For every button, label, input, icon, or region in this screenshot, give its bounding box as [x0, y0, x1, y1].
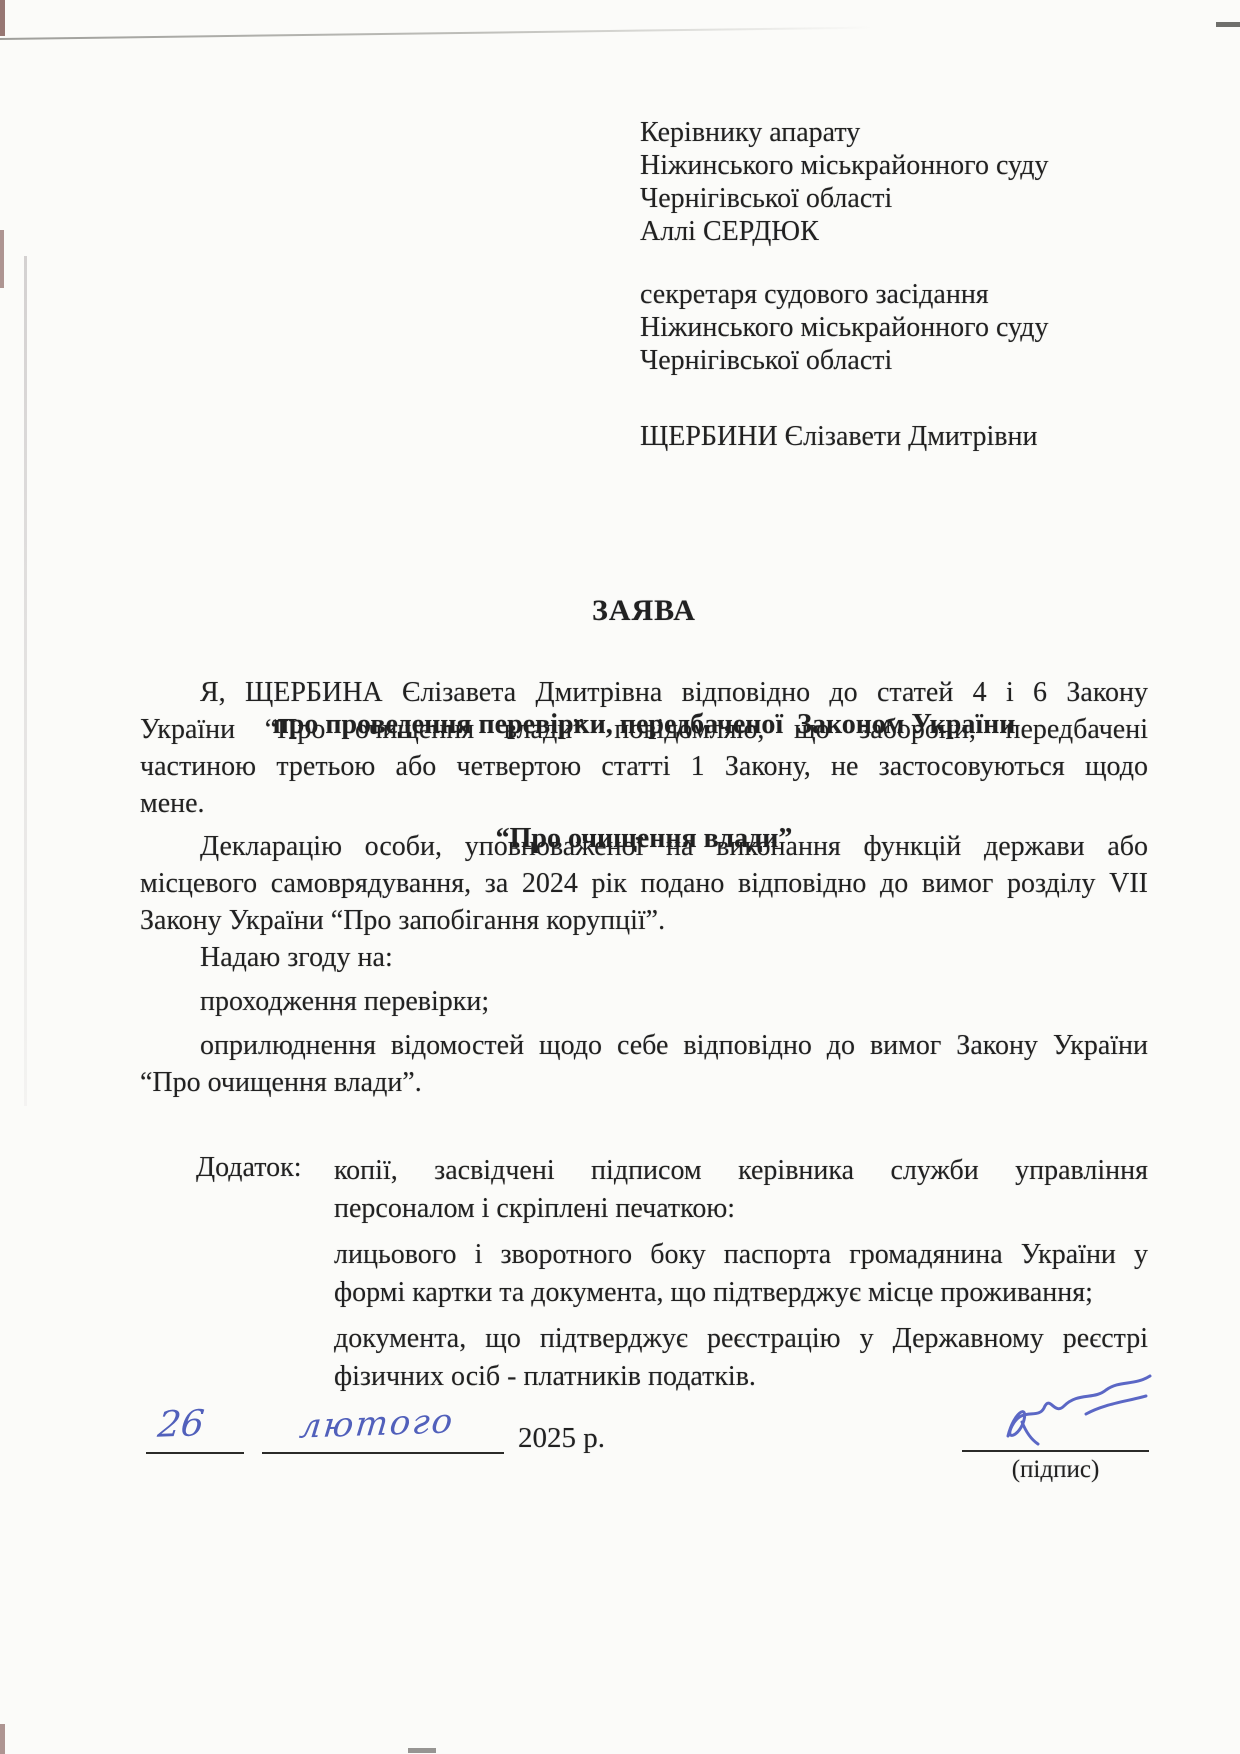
date-day-underline — [146, 1452, 244, 1454]
applicant-position-line: Ніжинського міськрайонного суду — [640, 311, 1049, 344]
paragraph-line: Закону України “Про запобігання корупції… — [140, 902, 1148, 939]
consent-intro: Надаю згоду на: — [140, 939, 1148, 976]
paragraph-line: проходження перевірки; — [140, 983, 1148, 1020]
paragraph-line: України “Про очищення влади” повідомляю,… — [140, 711, 1148, 748]
paper-crease — [24, 256, 27, 1106]
consent-item-publication: оприлюднення відомостей щодо себе відпов… — [140, 1027, 1148, 1101]
date-day-handwritten: 26 — [156, 1403, 206, 1446]
paragraph-line: “Про очищення влади”. — [140, 1064, 1148, 1101]
signature-scribble — [992, 1370, 1160, 1448]
scan-edge-line — [0, 27, 872, 40]
consent-item-check: проходження перевірки; — [140, 983, 1148, 1020]
applicant-position-line: секретаря судового засідання — [640, 278, 1049, 311]
applicant-name: ЩЕРБИНИ Єлізавети Дмитрівни — [640, 420, 1049, 453]
attachment-label: Додаток: — [196, 1152, 302, 1184]
paragraph-line: Я, ЩЕРБИНА Єлізавета Дмитрівна відповідн… — [140, 674, 1148, 711]
paragraph-line: частиною третьою або четвертою статті 1 … — [140, 748, 1148, 785]
attachment-item-line: лицьового і зворотного боку паспорта гро… — [334, 1236, 1148, 1274]
signature-caption: (підпис) — [962, 1456, 1149, 1484]
paragraph-line: Надаю згоду на: — [140, 939, 1148, 976]
attachment-item-line: персоналом і скріплені печаткою: — [334, 1190, 1148, 1228]
date-year: 2025 р. — [518, 1422, 605, 1455]
attachment-item-line: документа, що підтверджує реєстрацію у Д… — [334, 1320, 1148, 1358]
paragraph-declaration: Декларацію особи, уповноваженої на викон… — [140, 828, 1148, 939]
scan-edge-mark — [1216, 22, 1240, 27]
recipient-line: Чернігівської області — [640, 182, 1049, 215]
signature-underline — [962, 1450, 1149, 1452]
paragraph-statement: Я, ЩЕРБИНА Єлізавета Дмитрівна відповідн… — [140, 674, 1148, 822]
recipient-line: Керівнику апарату — [640, 116, 1049, 149]
scan-edge-mark — [408, 1748, 436, 1753]
document-title: ЗАЯВА — [140, 592, 1148, 630]
scan-edge-mark — [0, 230, 4, 288]
paragraph-line: мене. — [140, 785, 1148, 822]
scan-edge-mark — [0, 0, 5, 36]
paragraph-line: Декларацію особи, уповноваженої на викон… — [140, 828, 1148, 865]
paragraph-line: оприлюднення відомостей щодо себе відпов… — [140, 1027, 1148, 1064]
scanned-application-page: Керівнику апарату Ніжинського міськрайон… — [0, 0, 1240, 1754]
attachment-list: копії, засвідчені підписом керівника слу… — [334, 1152, 1148, 1396]
paragraph-line: місцевого самоврядування, за 2024 рік по… — [140, 865, 1148, 902]
attachment-item-line: формі картки та документа, що підтверджу… — [334, 1274, 1148, 1312]
scan-edge-mark — [0, 1724, 5, 1754]
date-month-underline — [262, 1452, 504, 1454]
applicant-position-line: Чернігівської області — [640, 344, 1049, 377]
attachment-item-line: копії, засвідчені підписом керівника слу… — [334, 1152, 1148, 1190]
date-month-handwritten: лютого — [298, 1401, 457, 1446]
recipient-line: Ніжинського міськрайонного суду — [640, 149, 1049, 182]
recipient-name: Аллі СЕРДЮК — [640, 215, 1049, 248]
recipient-block: Керівнику апарату Ніжинського міськрайон… — [640, 116, 1049, 453]
